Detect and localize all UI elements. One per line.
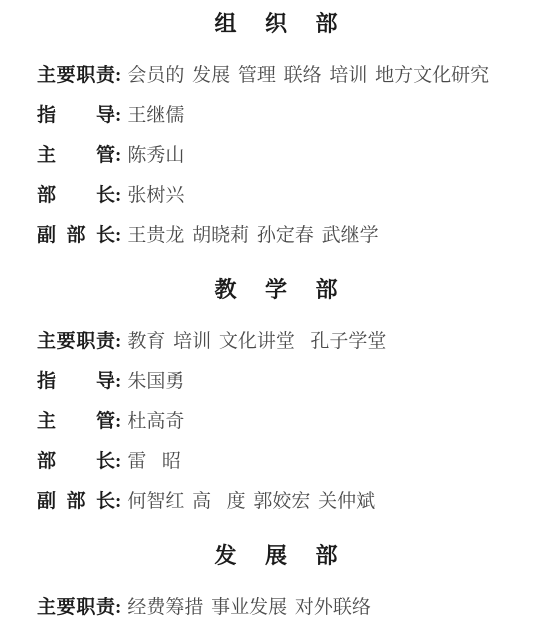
row-label: 主要职责 [37,65,115,86]
row-label: 主要职责 [37,597,115,618]
row-colon: : [115,597,121,618]
section-title: 发 展 部 [37,543,517,568]
row-colon: : [115,105,121,126]
section-rows: 主要职责:会员的 发展 管理 联络 培训 地方文化研究 指导:王继儒 主管:陈秀… [37,65,517,246]
row-label: 部长 [37,451,115,472]
role-row: 主要职责:教育 培训 文化讲堂 孔子学堂 [37,331,517,352]
role-row: 主要职责:经费筹措 事业发展 对外联络 [37,597,517,618]
row-value: 何智红 高 度 郭姣宏 关仲斌 [127,491,375,512]
department-section: 发 展 部 主要职责:经费筹措 事业发展 对外联络 [37,543,517,618]
row-colon: : [115,225,121,246]
row-colon: : [115,331,121,352]
section-rows: 主要职责:教育 培训 文化讲堂 孔子学堂 指导:朱国勇 主管:杜高奇 部长:雷 … [37,331,517,512]
row-label: 副部长 [37,491,115,512]
department-section: 组 织 部 主要职责:会员的 发展 管理 联络 培训 地方文化研究 指导:王继儒… [37,11,517,246]
section-title: 组 织 部 [37,11,517,36]
row-value: 王贵龙 胡晓莉 孙定春 武继学 [127,225,378,246]
role-row: 主管:杜高奇 [37,411,517,432]
role-row: 副部长:何智红 高 度 郭姣宏 关仲斌 [37,491,517,512]
row-label: 主要职责 [37,331,115,352]
row-value: 张树兴 [127,185,184,206]
department-section: 教 学 部 主要职责:教育 培训 文化讲堂 孔子学堂 指导:朱国勇 主管:杜高奇… [37,277,517,512]
row-colon: : [115,65,121,86]
row-colon: : [115,491,121,512]
row-value: 杜高奇 [127,411,184,432]
row-label: 部长 [37,185,115,206]
row-value: 经费筹措 事业发展 对外联络 [127,597,371,618]
row-value: 王继儒 [127,105,184,126]
role-row: 指导:朱国勇 [37,371,517,392]
row-label: 副部长 [37,225,115,246]
row-colon: : [115,185,121,206]
role-row: 主要职责:会员的 发展 管理 联络 培训 地方文化研究 [37,65,517,86]
row-label: 主管 [37,411,115,432]
role-row: 部长:张树兴 [37,185,517,206]
section-title: 教 学 部 [37,277,517,302]
role-row: 指导:王继儒 [37,105,517,126]
row-colon: : [115,411,121,432]
role-row: 部长:雷 昭 [37,451,517,472]
row-label: 指导 [37,371,115,392]
row-colon: : [115,145,121,166]
row-colon: : [115,451,121,472]
row-value: 雷 昭 [127,451,181,472]
row-label: 指导 [37,105,115,126]
row-value: 朱国勇 [127,371,184,392]
row-value: 教育 培训 文化讲堂 孔子学堂 [127,331,386,352]
role-row: 副部长:王贵龙 胡晓莉 孙定春 武继学 [37,225,517,246]
row-value: 会员的 发展 管理 联络 培训 地方文化研究 [127,65,489,86]
row-label: 主管 [37,145,115,166]
role-row: 主管:陈秀山 [37,145,517,166]
document-page: 组 织 部 主要职责:会员的 发展 管理 联络 培训 地方文化研究 指导:王继儒… [0,0,547,625]
section-rows: 主要职责:经费筹措 事业发展 对外联络 [37,597,517,618]
row-colon: : [115,371,121,392]
row-value: 陈秀山 [127,145,184,166]
